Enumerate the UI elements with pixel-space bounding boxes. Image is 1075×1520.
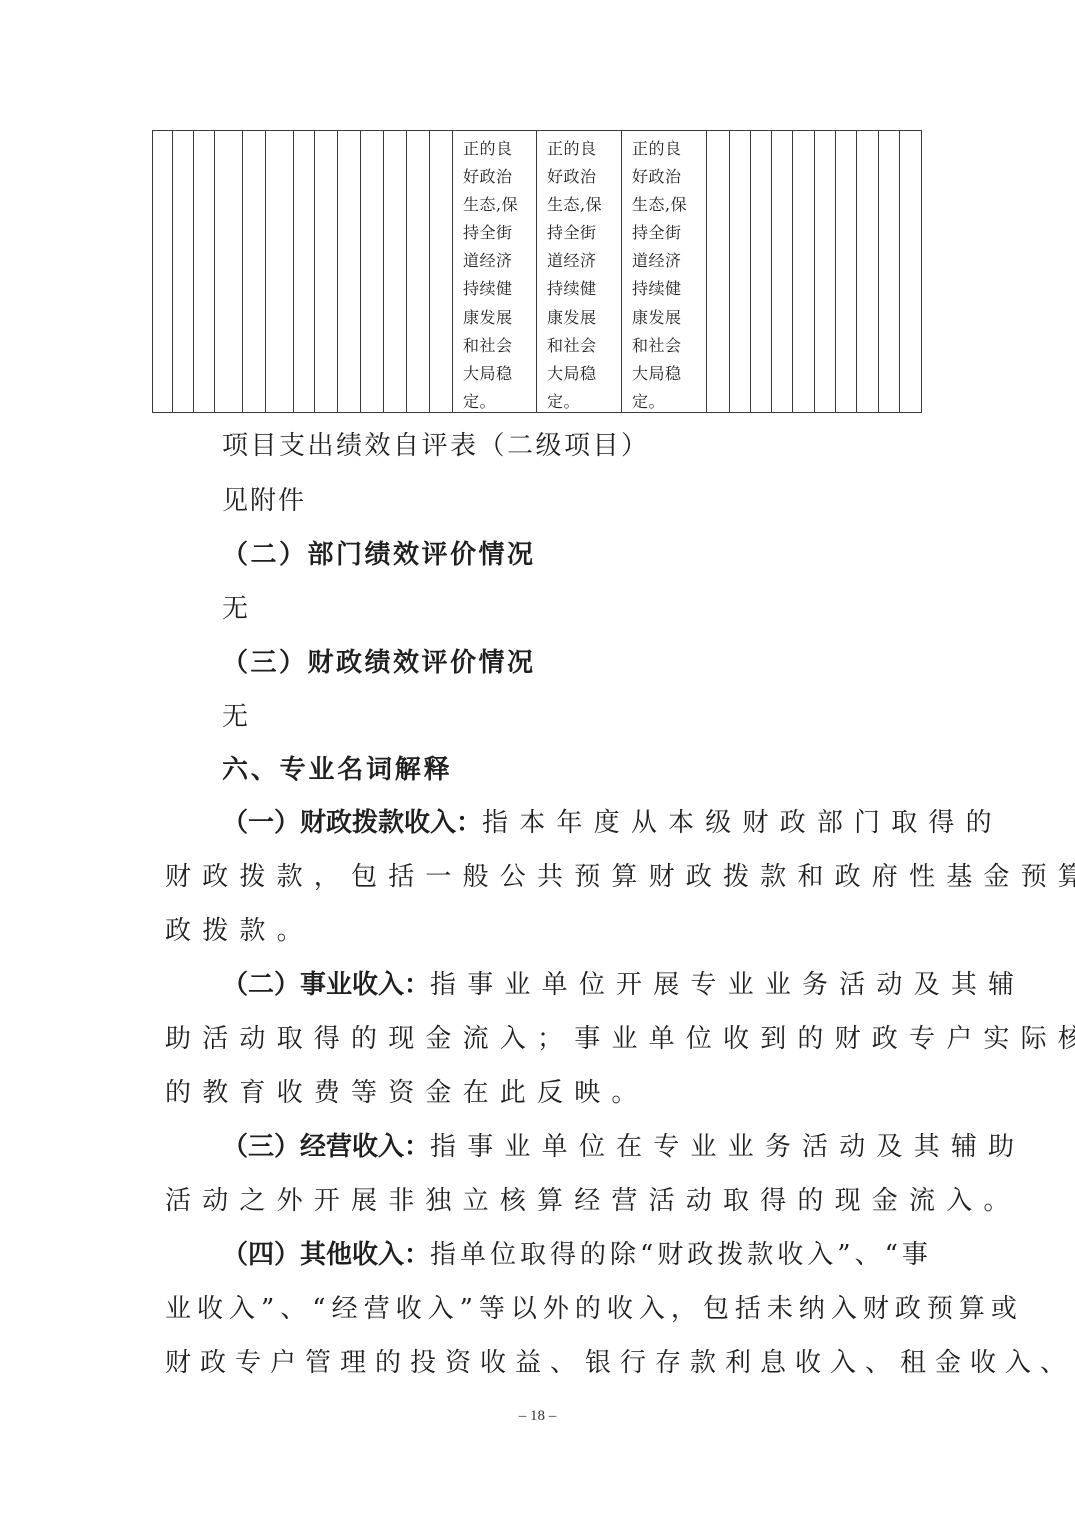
table-column-divider	[214, 131, 215, 412]
table-column-divider	[383, 131, 384, 412]
fiscal-eval-heading: （三）财政绩效评价情况	[222, 648, 536, 678]
glossary-term: （三）经营收入：	[222, 1132, 430, 1162]
table-column-divider	[193, 131, 194, 412]
table-column-divider	[265, 131, 266, 412]
glossary-item-line: （二）事业收入：指事业单位开展专业业务活动及其辅	[222, 970, 1025, 1000]
table-column-divider	[429, 131, 430, 412]
table-column-divider	[814, 131, 815, 412]
glossary-text: 指单位取得的除“财政拨款收入”、“事	[430, 1240, 932, 1270]
glossary-term: （一）财政拨款收入：	[222, 808, 482, 838]
glossary-item-line: 政拨款。	[165, 916, 314, 946]
glossary-term: （四）其他收入：	[222, 1240, 430, 1270]
table-column-divider	[536, 131, 537, 412]
table-column-divider	[172, 131, 173, 412]
table-column-divider	[293, 131, 294, 412]
table-column-divider	[406, 131, 407, 412]
glossary-item-line: 财政专户管理的投资收益、银行存款利息收入、租金收入、	[165, 1348, 1075, 1378]
table-cell-text: 正的良 好政治 生态,保 持全街 道经济 持续健 康发展 和社会 大局稳 定。	[463, 135, 518, 416]
performance-table-continuation: 正的良 好政治 生态,保 持全街 道经济 持续健 康发展 和社会 大局稳 定。 …	[152, 130, 922, 413]
glossary-item-line: （一）财政拨款收入：指本年度从本级财政部门取得的	[222, 808, 1003, 838]
page-number: – 18 –	[0, 1408, 1075, 1425]
table-column-divider	[792, 131, 793, 412]
table-column-divider	[242, 131, 243, 412]
table-column-divider	[835, 131, 836, 412]
table-column-divider	[360, 131, 361, 412]
glossary-heading: 六、专业名词解释	[222, 755, 452, 785]
table-column-divider	[452, 131, 453, 412]
glossary-item-line: 助活动取得的现金流入；事业单位收到的财政专户实际核拨	[165, 1024, 1075, 1054]
table-column-divider	[729, 131, 730, 412]
project-table-heading: 项目支出绩效自评表（二级项目）	[222, 431, 650, 461]
table-cell-text: 正的良 好政治 生态,保 持全街 道经济 持续健 康发展 和社会 大局稳 定。	[632, 135, 687, 416]
glossary-term: （二）事业收入：	[222, 970, 430, 1000]
glossary-item-line: 业收入”、“经营收入”等以外的收入，包括未纳入财政预算或	[165, 1294, 1023, 1324]
table-column-divider	[621, 131, 622, 412]
dept-eval-heading: （二）部门绩效评价情况	[222, 540, 536, 570]
dept-eval-text: 无	[222, 594, 250, 624]
glossary-item-line: 活动之外开展非独立核算经营活动取得的现金流入。	[165, 1186, 1021, 1216]
glossary-text: 指本年度从本级财政部门取得的	[482, 808, 1003, 838]
document-page: 正的良 好政治 生态,保 持全街 道经济 持续健 康发展 和社会 大局稳 定。 …	[0, 0, 1075, 1520]
table-cell-text: 正的良 好政治 生态,保 持全街 道经济 持续健 康发展 和社会 大局稳 定。	[547, 135, 602, 416]
glossary-item-line: 的教育收费等资金在此反映。	[165, 1078, 649, 1108]
glossary-item-line: （三）经营收入：指事业单位在专业业务活动及其辅助	[222, 1132, 1025, 1162]
glossary-item-line: （四）其他收入：指单位取得的除“财政拨款收入”、“事	[222, 1240, 932, 1270]
table-column-divider	[878, 131, 879, 412]
table-column-divider	[314, 131, 315, 412]
table-column-divider	[750, 131, 751, 412]
table-column-divider	[337, 131, 338, 412]
table-column-divider	[856, 131, 857, 412]
table-column-divider	[771, 131, 772, 412]
glossary-text: 指事业单位在专业业务活动及其辅助	[430, 1132, 1025, 1162]
glossary-item-line: 财政拨款，包括一般公共预算财政拨款和政府性基金预算财	[165, 862, 1075, 892]
fiscal-eval-text: 无	[222, 702, 250, 732]
glossary-text: 指事业单位开展专业业务活动及其辅	[430, 970, 1025, 1000]
project-table-note: 见附件	[222, 486, 306, 516]
table-column-divider	[706, 131, 707, 412]
table-column-divider	[899, 131, 900, 412]
